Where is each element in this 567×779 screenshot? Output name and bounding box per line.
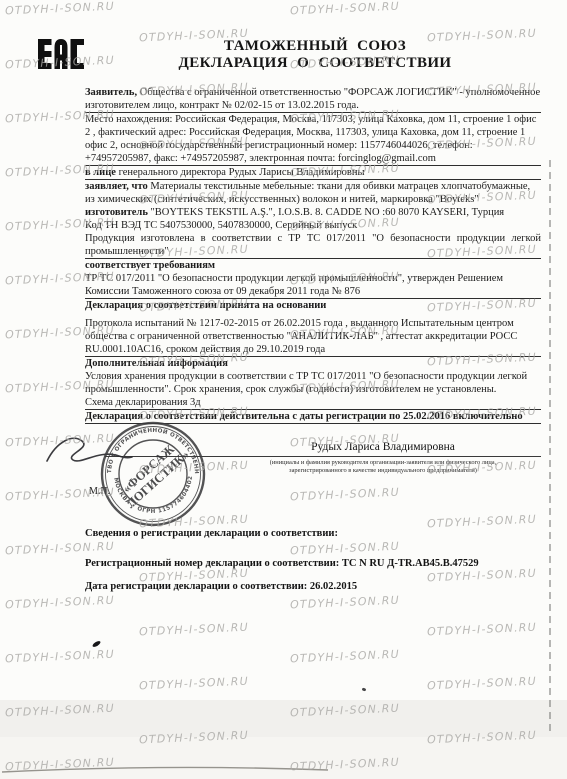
ink-speck — [92, 640, 102, 648]
registration-number-value: ТС N RU Д-TR.АВ45.В.47529 — [339, 558, 478, 569]
signature-note-line1: (инициалы и фамилия руководителя организ… — [215, 459, 551, 467]
para-test-report: Протокола испытаний № 1217-02-2015 от 26… — [85, 317, 541, 357]
watermark-text: OTDYH-I-SON.RU — [5, 648, 115, 666]
watermark-text: OTDYH-I-SON.RU — [139, 729, 249, 747]
para-storage-text: Условия хранения продукции в соответстви… — [85, 371, 527, 395]
page-bottom-edge — [0, 762, 330, 776]
watermark-text: OTDYH-I-SON.RU — [290, 702, 400, 720]
para-manufacturer-text: "BOYTEKS TEKSTIL A.Ş.", I.O.S.B. 8. CADD… — [148, 207, 504, 218]
registration-number-label: Регистрационный номер декларации о соотв… — [85, 558, 339, 569]
signature-note-line2: зарегистрированного в качестве индивидуа… — [215, 467, 551, 475]
para-declaration-scheme-text: Схема декларирования 3д — [85, 397, 201, 408]
watermark-text: OTDYH-I-SON.RU — [290, 0, 400, 17]
watermark-text: OTDYH-I-SON.RU — [427, 729, 537, 747]
para-declares: заявляет, что Материалы текстильные мебе… — [85, 180, 541, 206]
para-storage: Условия хранения продукции в соответстви… — [85, 370, 541, 396]
para-regulation-text: ТР ТС 017/2011 "О безопасности продукции… — [85, 273, 503, 297]
watermark-text: OTDYH-I-SON.RU — [139, 621, 249, 639]
document-body: Заявитель, Общества с ограниченной ответ… — [85, 86, 541, 593]
para-manufacturer-lead: изготовитель — [85, 207, 148, 218]
heading-additional-info-text: Дополнительная информация — [85, 358, 228, 369]
watermark-text: OTDYH-I-SON.RU — [427, 675, 537, 693]
scan-shade-band — [0, 700, 567, 737]
para-applicant: Заявитель, Общества с ограниченной ответ… — [85, 86, 541, 113]
para-represented-by-text: генерального директора Рудых Ларисы Влад… — [116, 167, 365, 178]
para-tnved-code: Код ТН ВЭД ТС 5407530000, 5407830000, Се… — [85, 219, 541, 232]
watermark-text: OTDYH-I-SON.RU — [5, 0, 115, 17]
document-title: ТАМОЖЕННЫЙ СОЮЗ ДЕКЛАРАЦИЯ О СООТВЕТСТВИ… — [90, 38, 540, 71]
heading-additional-info: Дополнительная информация — [85, 357, 541, 370]
para-tnved-code-text: Код ТН ВЭД ТС 5407530000, 5407830000, Се… — [85, 220, 357, 231]
para-declares-text: Материалы текстильные мебельные: ткани д… — [85, 181, 530, 205]
para-address-text: Место нахождения: Российская Федерация, … — [85, 114, 536, 164]
registration-date-row: Дата регистрации декларации о соответств… — [85, 580, 541, 593]
para-test-report-text: Протокола испытаний № 1217-02-2015 от 26… — [85, 318, 517, 355]
watermark-text: OTDYH-I-SON.RU — [290, 648, 400, 666]
watermark-text: OTDYH-I-SON.RU — [139, 675, 249, 693]
watermark-text: OTDYH-I-SON.RU — [290, 594, 400, 612]
para-manufacturer: изготовитель "BOYTEKS TEKSTIL A.Ş.", I.O… — [85, 206, 541, 219]
watermark-text: OTDYH-I-SON.RU — [427, 621, 537, 639]
registration-date-label: Дата регистрации декларации о соответств… — [85, 581, 307, 592]
para-regulation: ТР ТС 017/2011 "О безопасности продукции… — [85, 272, 541, 299]
para-declares-lead: заявляет, что — [85, 181, 148, 192]
title-line-declaration: ДЕКЛАРАЦИЯ О СООТВЕТСТВИИ — [90, 55, 540, 72]
signature-area: Рудых Лариса Владимировна (инициалы и фа… — [85, 425, 541, 525]
ink-speck — [362, 687, 367, 691]
para-applicant-text: Общества с ограниченной ответственностью… — [85, 87, 540, 111]
signatory-name: Рудых Лариса Владимировна — [225, 441, 541, 454]
para-applicant-lead: Заявитель, — [85, 87, 137, 98]
para-represented-by-lead: в лице — [85, 167, 116, 178]
heading-adopted-basis: Декларация о соответствии принята на осн… — [85, 299, 541, 312]
para-address: Место нахождения: Российская Федерация, … — [85, 113, 541, 166]
para-made-according: Продукция изготовлена в соответствии с Т… — [85, 232, 541, 259]
title-line-customs-union: ТАМОЖЕННЫЙ СОЮЗ — [90, 38, 540, 55]
watermark-text: OTDYH-I-SON.RU — [5, 702, 115, 720]
registration-number-row: Регистрационный номер декларации о соотв… — [85, 557, 541, 570]
heading-adopted-basis-text: Декларация о соответствии принята на осн… — [85, 300, 326, 311]
registration-date-value: 26.02.2015 — [307, 581, 357, 592]
page-edge-line — [549, 160, 551, 735]
heading-meets-requirements-text: соответствует требованиям — [85, 260, 215, 271]
para-represented-by: в лице генерального директора Рудых Лари… — [85, 166, 541, 180]
watermark-text: OTDYH-I-SON.RU — [5, 594, 115, 612]
heading-meets-requirements: соответствует требованиям — [85, 259, 541, 272]
declaration-document: { "page": { "watermark_text": "OTDYH-I-S… — [0, 0, 567, 779]
para-declaration-scheme: Схема декларирования 3д — [85, 396, 541, 410]
eac-logo-icon — [38, 27, 84, 81]
para-made-according-text: Продукция изготовлена в соответствии с Т… — [85, 233, 541, 257]
company-stamp: ОБЩЕСТВО С ОГРАНИЧЕННОЙ ОТВЕТСТВЕННОСТЬЮ… — [98, 419, 208, 529]
signature-note: (инициалы и фамилия руководителя организ… — [215, 459, 551, 475]
